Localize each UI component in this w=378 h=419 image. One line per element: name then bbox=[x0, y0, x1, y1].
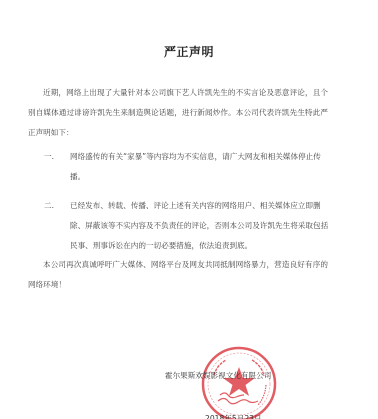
item-text: 网络盛传的有关“家暴”等内容均为不实信息，请广大网友和相关媒体停止传播。 bbox=[70, 147, 334, 187]
statement-date: 2018年5月23日 bbox=[205, 413, 262, 419]
company-seal-icon bbox=[200, 345, 278, 419]
intro-paragraph: 近期，网络上出现了大量针对本公司旗下艺人许凯先生的不实言论及恶意评论，且个别自媒… bbox=[28, 83, 328, 143]
item-number: 二. bbox=[44, 196, 70, 256]
company-signature: 霍尔果斯欢娱影视文化有限公司 bbox=[165, 370, 271, 381]
statement-item-1: 一. 网络盛传的有关“家暴”等内容均为不实信息，请广大网友和相关媒体停止传播。 bbox=[44, 147, 334, 187]
document-title: 严正声明 bbox=[0, 43, 378, 60]
statement-item-2: 二. 已经发布、转载、传播、评论上述有关内容的网络用户、相关媒体应立即删除、屏蔽… bbox=[44, 196, 334, 256]
item-number: 一. bbox=[44, 147, 70, 187]
closing-paragraph: 本公司再次真诚呼吁广大媒体、网络平台及网友共同抵制网络暴力，营造良好有序的网络环… bbox=[28, 255, 328, 295]
item-text: 已经发布、转载、传播、评论上述有关内容的网络用户、相关媒体应立即删除、屏蔽该等不… bbox=[70, 196, 334, 256]
